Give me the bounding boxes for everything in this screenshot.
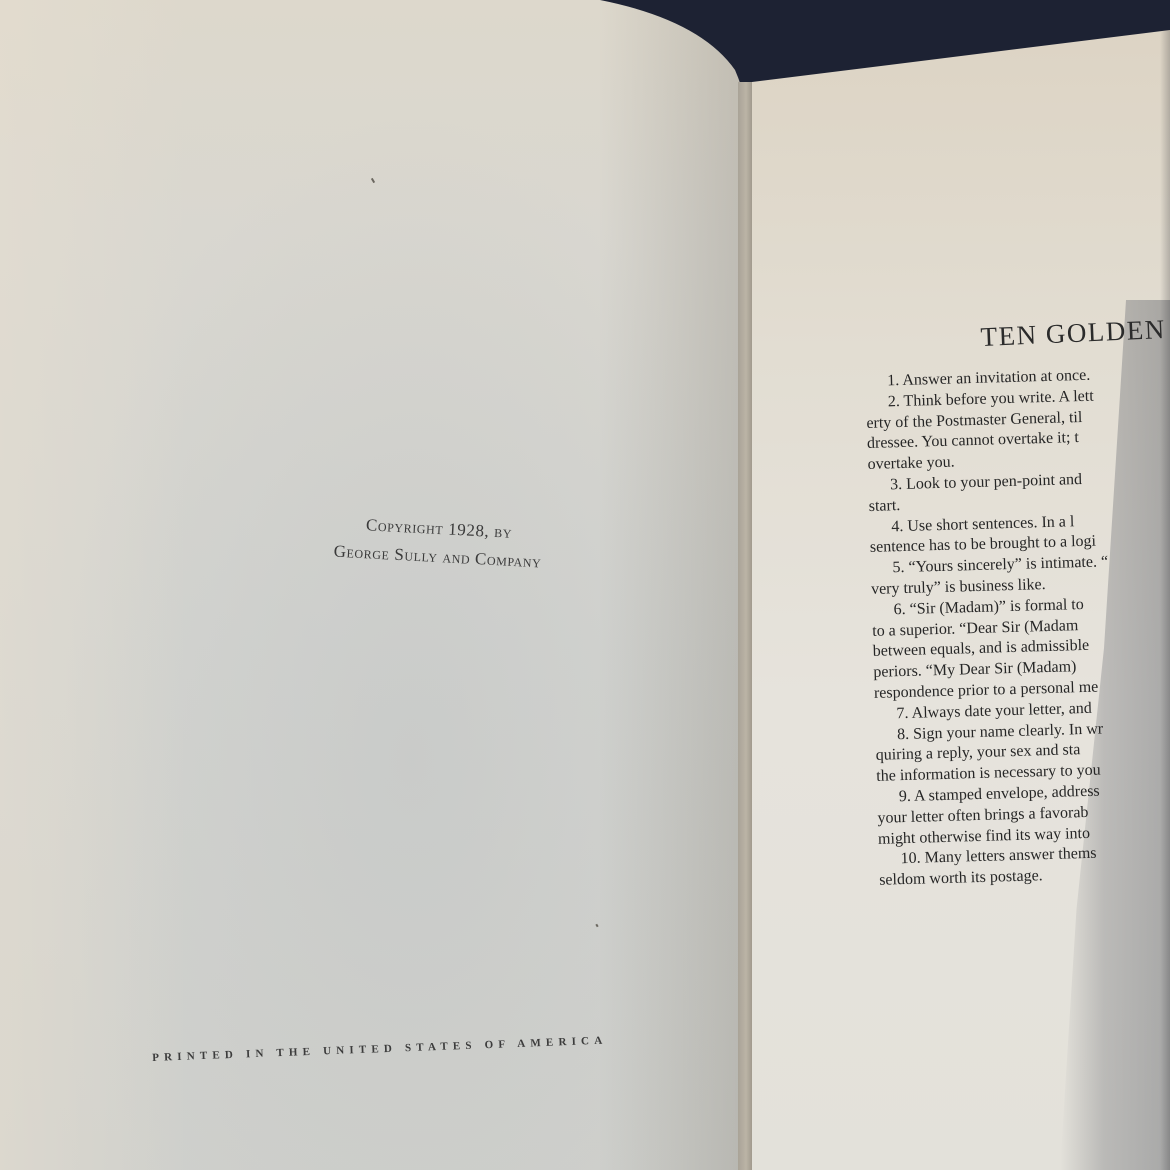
- left-page-shading: [0, 0, 748, 1170]
- golden-rules-list: 1. Answer an invitation at once.2. Think…: [865, 363, 1170, 892]
- left-page: [0, 0, 748, 1170]
